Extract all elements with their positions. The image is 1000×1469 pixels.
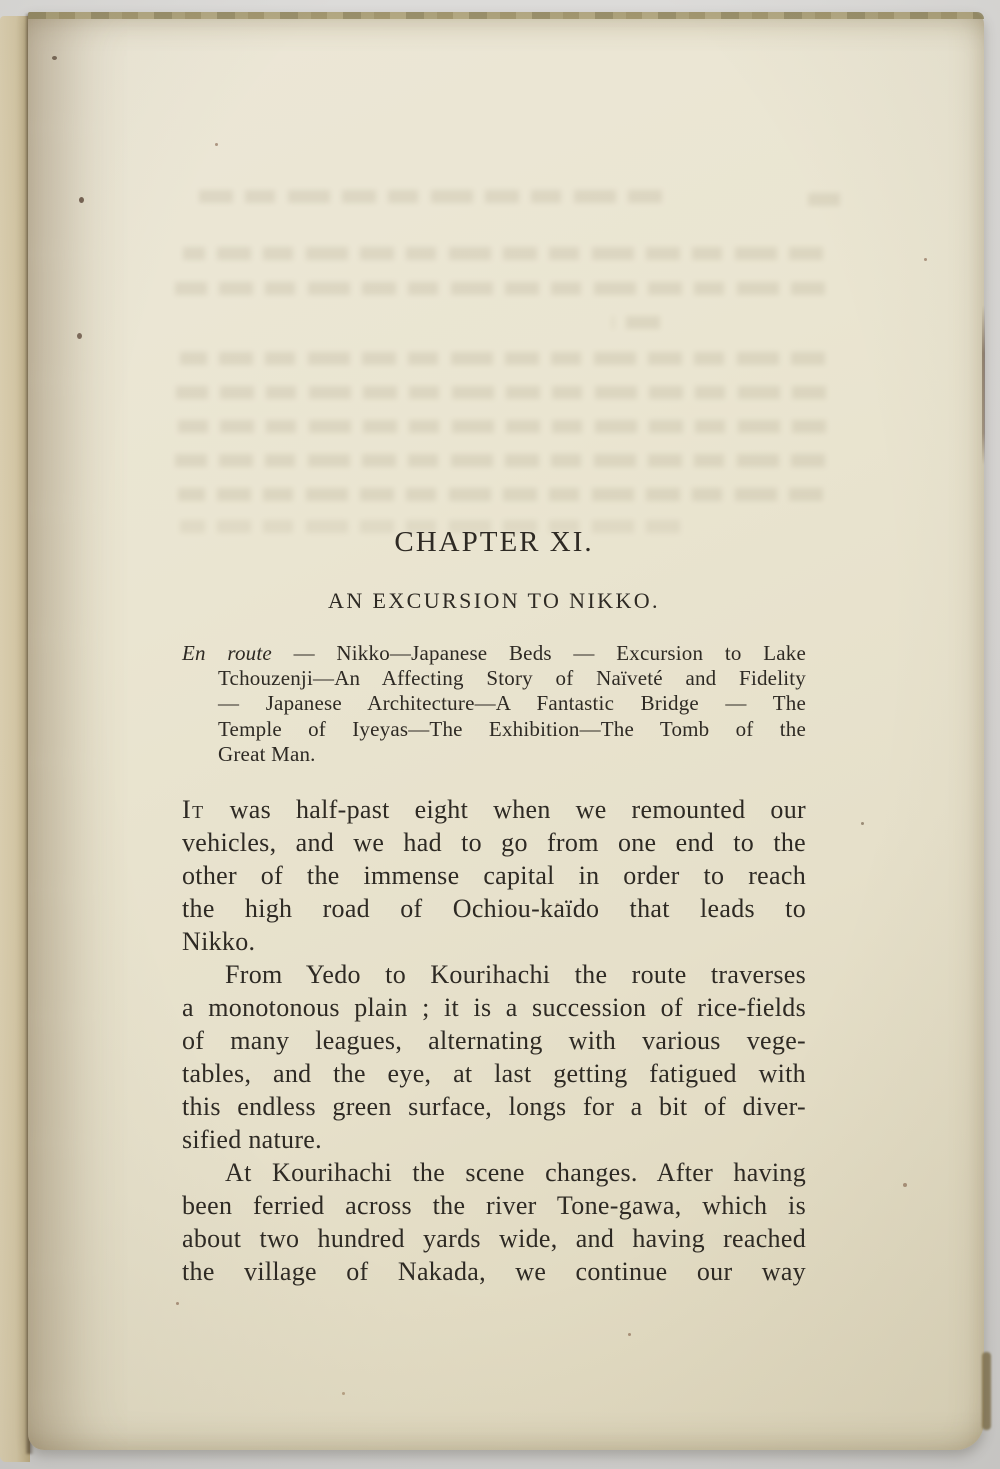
chapter-heading: CHAPTER XI. <box>182 12 806 557</box>
cover-board-edge <box>982 305 985 465</box>
speck <box>342 1392 345 1395</box>
text-line: about two hundred yards wide, and having… <box>182 1222 806 1255</box>
text-line: tables, and the eye, at last getting fat… <box>182 1057 806 1090</box>
speck <box>628 1333 631 1336</box>
text-line: — Japanese Architecture—A Fantastic Brid… <box>182 691 806 716</box>
text-line: En route — Nikko—Japanese Beds — Excursi… <box>182 641 806 666</box>
text-line: Great Man. <box>182 742 806 767</box>
text-line: Temple of Iyeyas—The Exhibition—The Tomb… <box>182 717 806 742</box>
text-line: At Kourihachi the scene changes. After h… <box>182 1156 806 1189</box>
small-caps-lead: It <box>182 795 205 824</box>
text-line: vehicles, and we had to go from one end … <box>182 826 806 859</box>
chapter-subtitle: AN EXCURSION TO NIKKO. <box>182 589 806 613</box>
bleed-through-line <box>808 193 840 206</box>
paragraph: From Yedo to Kourihachi the route traver… <box>182 958 806 1156</box>
speck <box>924 258 927 261</box>
text-line: From Yedo to Kourihachi the route traver… <box>182 958 806 991</box>
text-line: other of the immense capital in order to… <box>182 859 806 892</box>
speck <box>176 1302 179 1305</box>
cover-board-corner <box>982 1352 991 1430</box>
text-line: a monotonous plain ; it is a succession … <box>182 991 806 1024</box>
book-page: CHAPTER XI. AN EXCURSION TO NIKKO. En ro… <box>28 12 984 1450</box>
text-line: the high road of Ochiou-kaïdo that leads… <box>182 892 806 925</box>
book-photo: CHAPTER XI. AN EXCURSION TO NIKKO. En ro… <box>0 0 1000 1469</box>
text-line: Nikko. <box>182 925 806 958</box>
speck <box>79 197 84 203</box>
text-line: of many leagues, alternating with variou… <box>182 1024 806 1057</box>
chapter-summary: En route — Nikko—Japanese Beds — Excursi… <box>182 641 806 767</box>
body-text: It was half-past eight when we remounted… <box>182 793 806 1288</box>
text-line: this endless green surface, longs for a … <box>182 1090 806 1123</box>
page-content: CHAPTER XI. AN EXCURSION TO NIKKO. En ro… <box>182 12 806 1288</box>
text-line: been ferried across the river Tone-gawa,… <box>182 1189 806 1222</box>
text-line: It was half-past eight when we remounted… <box>182 793 806 826</box>
speck <box>903 1183 907 1187</box>
text-line: the village of Nakada, we continue our w… <box>182 1255 806 1288</box>
italic-lead: En route <box>182 641 272 665</box>
paragraph: It was half-past eight when we remounted… <box>182 793 806 958</box>
speck <box>77 333 82 339</box>
speck <box>861 822 864 825</box>
speck <box>52 56 57 60</box>
text-line: Tchouzenji—An Affecting Story of Naïveté… <box>182 666 806 691</box>
paragraph: At Kourihachi the scene changes. After h… <box>182 1156 806 1288</box>
text-line: sified nature. <box>182 1123 806 1156</box>
